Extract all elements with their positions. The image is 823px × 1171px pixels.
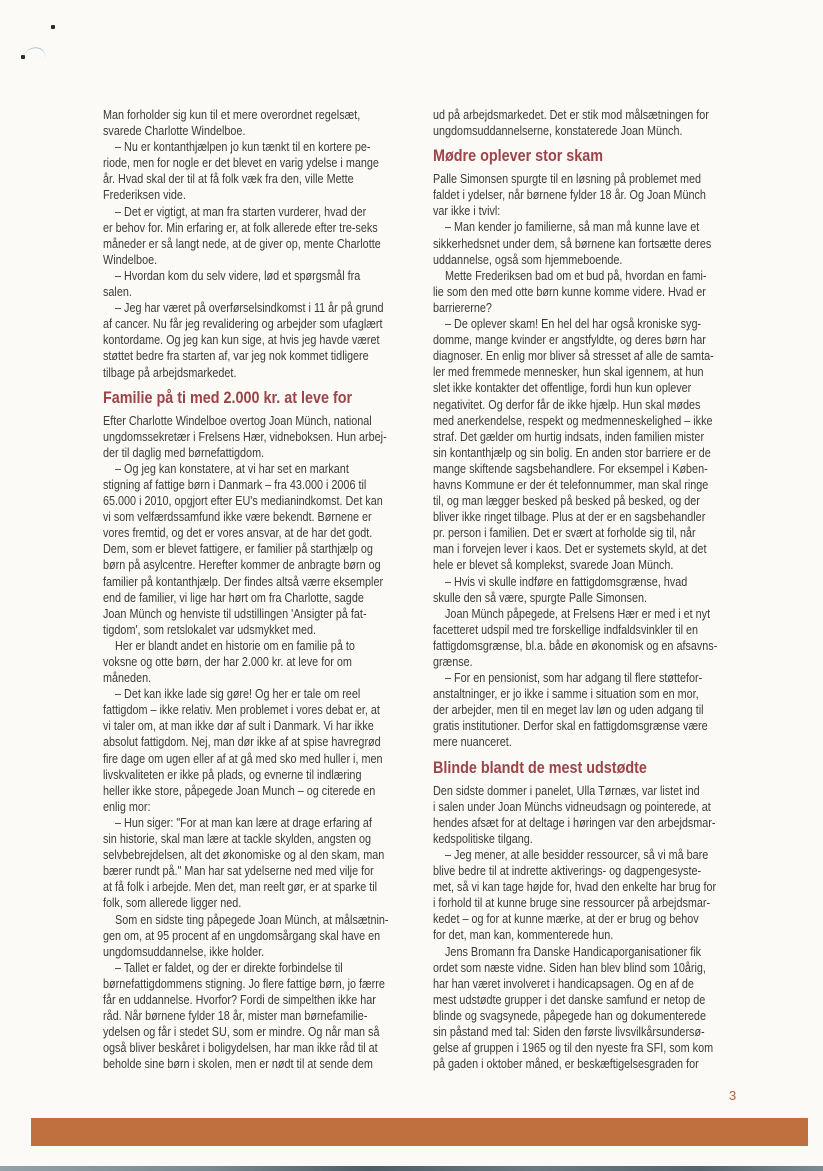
scan-edge-shadow: [0, 1166, 823, 1171]
section-heading-familie: Familie på ti med 2.000 kr. at leve for: [103, 388, 414, 408]
dust-speck: [51, 25, 55, 29]
left-column: Man forholder sig kun til et mere overor…: [103, 107, 414, 1072]
paragraph-block: Den sidste dommer i panelet, Ulla Tørnæs…: [433, 783, 744, 1073]
magazine-page: Man forholder sig kun til et mere overor…: [0, 0, 823, 1171]
paragraph-block: Palle Simonsen spurgte til en løsning på…: [433, 171, 744, 750]
paragraph-block: ud på arbejdsmarkedet. Det er stik mod m…: [433, 107, 744, 139]
paragraph-block: Man forholder sig kun til et mere overor…: [103, 107, 414, 381]
pen-squiggle-mark: [23, 45, 47, 62]
paragraph-block: Efter Charlotte Windelboe overtog Joan M…: [103, 413, 414, 1073]
footer-accent-bar: [31, 1118, 808, 1146]
page-number: 3: [729, 1088, 736, 1103]
right-column: ud på arbejdsmarkedet. Det er stik mod m…: [433, 107, 744, 1072]
section-heading-moedre: Mødre oplever stor skam: [433, 146, 744, 166]
section-heading-blinde: Blinde blandt de mest udstødte: [433, 758, 744, 778]
